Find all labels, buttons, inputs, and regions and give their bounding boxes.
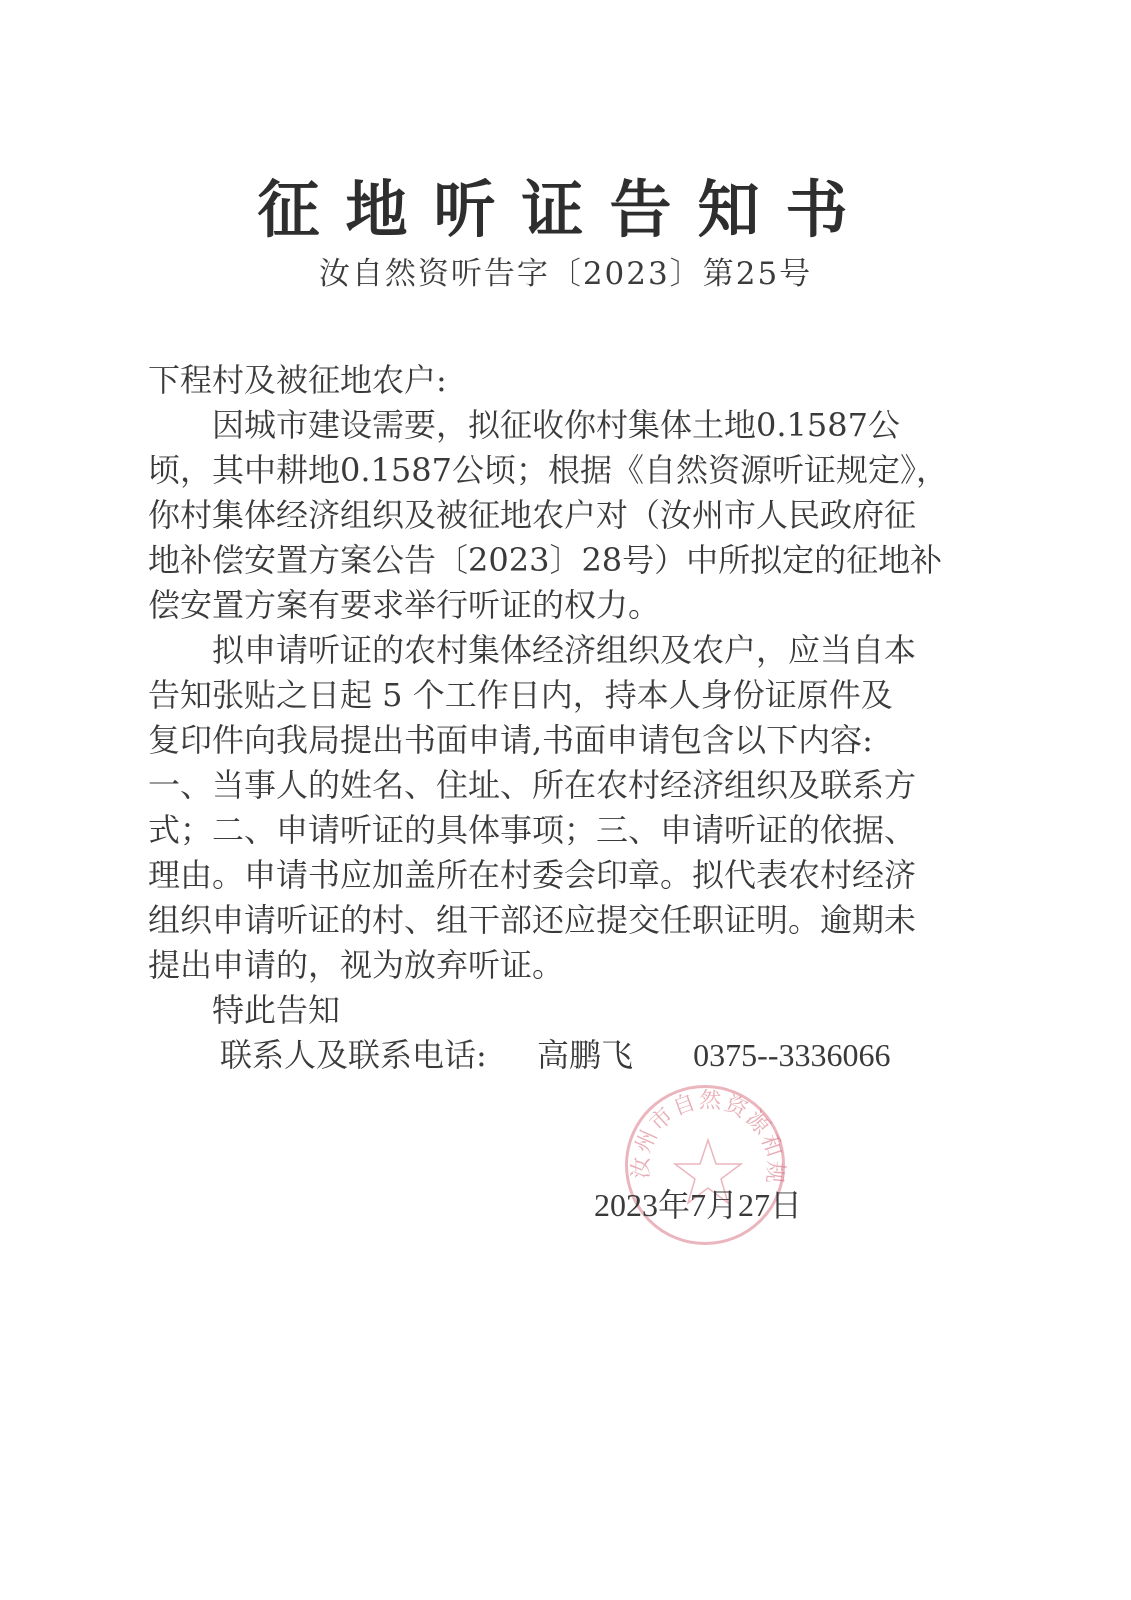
salutation: 下程村及被征地农户: <box>148 358 948 403</box>
paragraph-line: 理由。申请书应加盖所在村委会印章。拟代表农村经济 <box>148 853 948 898</box>
paragraph-line: 组织申请听证的村、组干部还应提交任职证明。逾期未 <box>148 898 948 943</box>
document-title: 征地听证告知书 <box>0 160 1131 249</box>
paragraph-2: 拟申请听证的农村集体经济组织及农户，应当自本 告知张贴之日起 5 个工作日内，持… <box>148 628 948 988</box>
document-body: 下程村及被征地农户: 因城市建设需要，拟征收你村集体土地0.1587公 顷，其中… <box>148 358 948 1078</box>
document-number: 汝自然资听告字〔2023〕第25号 <box>0 248 1131 293</box>
contact-label: 联系人及联系电话: <box>220 1033 487 1078</box>
paragraph-line: 顷，其中耕地0.1587公顷；根据《自然资源听证规定》， <box>148 448 948 493</box>
paragraph-line: 因城市建设需要，拟征收你村集体土地0.1587公 <box>148 403 948 448</box>
paragraph-line: 你村集体经济组织及被征地农户对（汝州市人民政府征 <box>148 493 948 538</box>
paragraph-line: 提出申请的，视为放弃听证。 <box>148 943 948 988</box>
contact-line: 联系人及联系电话: 高鹏飞 0375--3336066 <box>148 1033 948 1078</box>
paragraph-line: 告知张贴之日起 5 个工作日内，持本人身份证原件及 <box>148 673 948 718</box>
paragraph-line: 复印件向我局提出书面申请,书面申请包含以下内容: <box>148 718 948 763</box>
closing-text: 特此告知 <box>148 988 948 1033</box>
paragraph-line: 偿安置方案有要求举行听证的权力。 <box>148 583 948 628</box>
paragraph-line: 拟申请听证的农村集体经济组织及农户，应当自本 <box>148 628 948 673</box>
contact-name: 高鹏飞 <box>537 1033 633 1078</box>
document-date: 2023年7月27日 <box>594 1180 802 1226</box>
svg-text:汝州市自然资源和规划局: 汝州市自然资源和规划局 <box>628 1088 788 1186</box>
paragraph-line: 地补偿安置方案公告〔2023〕28号）中所拟定的征地补 <box>148 538 948 583</box>
contact-phone: 0375--3336066 <box>693 1033 890 1078</box>
paragraph-line: 式；二、申请听证的具体事项；三、申请听证的依据、 <box>148 808 948 853</box>
seal-text: 汝州市自然资源和规划局 <box>628 1088 788 1186</box>
paragraph-line: 一、当事人的姓名、住址、所在农村经济组织及联系方 <box>148 763 948 808</box>
paragraph-1: 因城市建设需要，拟征收你村集体土地0.1587公 顷，其中耕地0.1587公顷；… <box>148 403 948 628</box>
